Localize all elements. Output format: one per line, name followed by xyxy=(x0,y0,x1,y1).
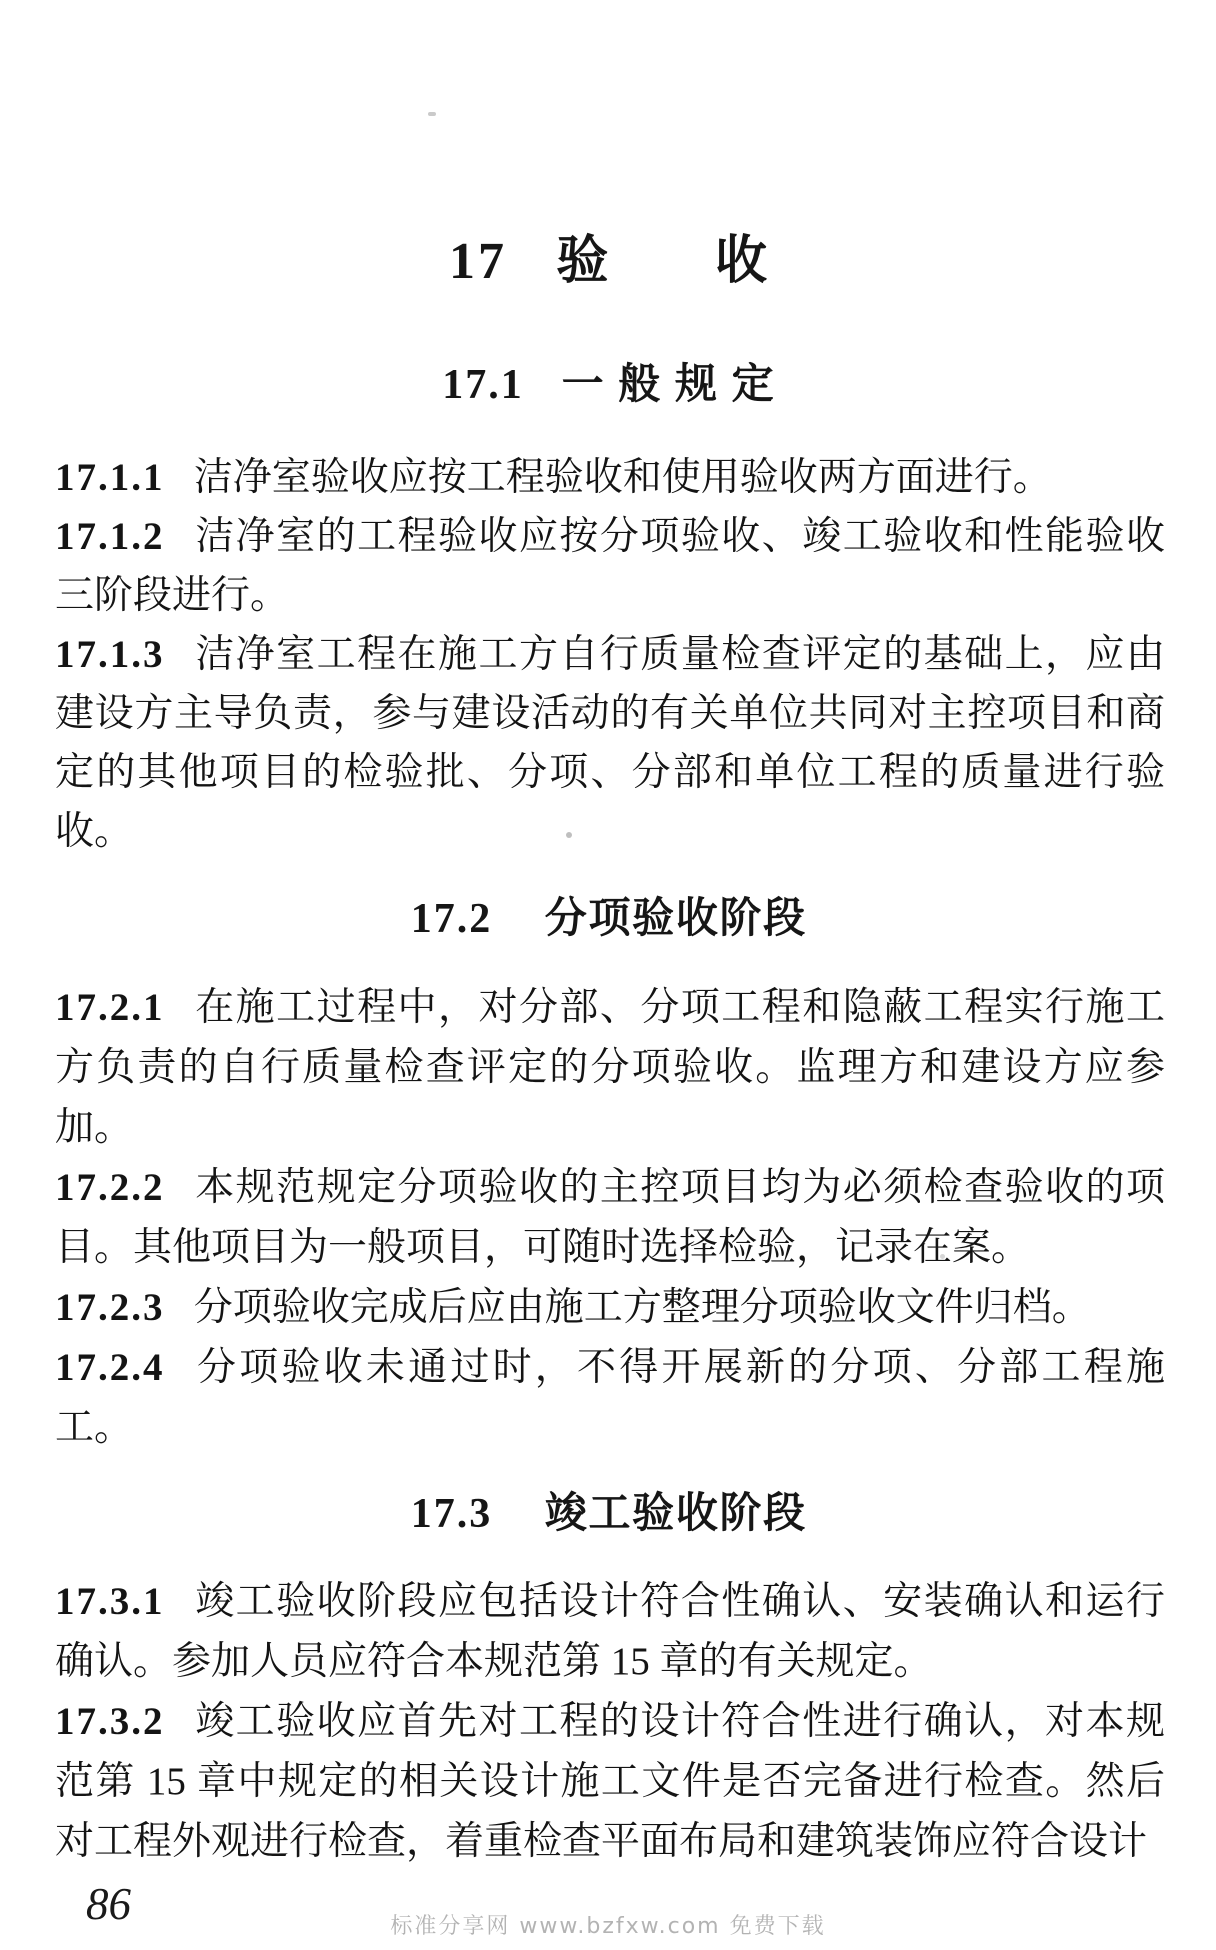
section-17-1-clauses: 17.1.1洁净室验收应按工程验收和使用验收两方面进行。 17.1.2洁净室的工… xyxy=(55,448,1165,861)
clause-text: 竣工验收阶段应包括设计符合性确认、安装确认和运行确认。参加人员应符合本规范第 1… xyxy=(55,1580,1165,1683)
clause-17-1-1: 17.1.1洁净室验收应按工程验收和使用验收两方面进行。 xyxy=(55,448,1165,507)
clause-number: 17.1.2 xyxy=(55,515,165,558)
section-heading-17-1: 17.1一般规定 xyxy=(53,360,1163,409)
document-page: 17验收 17.1一般规定 17.1.1洁净室验收应按工程验收和使用验收两方面进… xyxy=(0,0,1216,1950)
chapter-title: 验收 xyxy=(556,233,873,290)
clause-text: 分项验收完成后应由施工方整理分项验收文件归档。 xyxy=(194,1286,1091,1329)
clause-17-2-2: 17.2.2本规范规定分项验收的主控项目均为必须检查验收的项目。其他项目为一般项… xyxy=(55,1158,1165,1278)
section-title: 一般规定 xyxy=(562,359,789,408)
clause-number: 17.3.1 xyxy=(55,1580,165,1623)
clause-17-2-4: 17.2.4分项验收未通过时，不得开展新的分项、分部工程施工。 xyxy=(55,1338,1165,1458)
clause-17-2-3: 17.2.3分项验收完成后应由施工方整理分项验收文件归档。 xyxy=(55,1278,1165,1338)
section-17-3-clauses: 17.3.1竣工验收阶段应包括设计符合性确认、安装确认和运行确认。参加人员应符合… xyxy=(55,1572,1165,1872)
clause-number: 17.1.1 xyxy=(55,456,165,499)
section-heading-17-3: 17.3竣工验收阶段 xyxy=(53,1489,1163,1538)
chapter-number: 17 xyxy=(449,233,507,290)
clause-17-2-1: 17.2.1在施工过程中，对分部、分项工程和隐蔽工程实行施工方负责的自行质量检查… xyxy=(55,978,1165,1158)
clause-17-1-3: 17.1.3洁净室工程在施工方自行质量检查评定的基础上，应由建设方主导负责，参与… xyxy=(55,625,1165,861)
section-17-2-clauses: 17.2.1在施工过程中，对分部、分项工程和隐蔽工程实行施工方负责的自行质量检查… xyxy=(55,978,1165,1458)
clause-number: 17.2.2 xyxy=(55,1166,165,1209)
clause-17-1-2: 17.1.2洁净室的工程验收应按分项验收、竣工验收和性能验收三阶段进行。 xyxy=(55,507,1165,625)
clause-number: 17.2.1 xyxy=(55,986,165,1029)
watermark-text: 标准分享网 www.bzfxw.com 免费下载 xyxy=(0,1914,1216,1940)
clause-number: 17.3.2 xyxy=(55,1700,165,1743)
chapter-heading: 17验收 xyxy=(53,232,1163,292)
clause-text: 分项验收未通过时，不得开展新的分项、分部工程施工。 xyxy=(55,1346,1165,1449)
section-title: 分项验收阶段 xyxy=(545,893,807,942)
clause-number: 17.1.3 xyxy=(55,633,165,676)
clause-number: 17.2.4 xyxy=(55,1346,165,1389)
clause-text: 洁净室的工程验收应按分项验收、竣工验收和性能验收三阶段进行。 xyxy=(55,515,1165,617)
clause-text: 洁净室工程在施工方自行质量检查评定的基础上，应由建设方主导负责，参与建设活动的有… xyxy=(55,633,1165,853)
clause-text: 竣工验收应首先对工程的设计符合性进行确认，对本规范第 15 章中规定的相关设计施… xyxy=(55,1700,1165,1863)
clause-number: 17.2.3 xyxy=(55,1286,165,1329)
clause-17-3-2: 17.3.2竣工验收应首先对工程的设计符合性进行确认，对本规范第 15 章中规定… xyxy=(55,1692,1165,1872)
clause-text: 洁净室验收应按工程验收和使用验收两方面进行。 xyxy=(194,456,1052,499)
clause-text: 在施工过程中，对分部、分项工程和隐蔽工程实行施工方负责的自行质量检查评定的分项验… xyxy=(55,986,1165,1149)
section-heading-17-2: 17.2分项验收阶段 xyxy=(53,894,1163,943)
section-number: 17.1 xyxy=(442,362,524,408)
section-number: 17.2 xyxy=(411,896,493,942)
scan-artifact xyxy=(428,112,436,116)
section-number: 17.3 xyxy=(411,1491,493,1537)
clause-text: 本规范规定分项验收的主控项目均为必须检查验收的项目。其他项目为一般项目，可随时选… xyxy=(55,1166,1165,1269)
clause-17-3-1: 17.3.1竣工验收阶段应包括设计符合性确认、安装确认和运行确认。参加人员应符合… xyxy=(55,1572,1165,1692)
section-title: 竣工验收阶段 xyxy=(545,1488,807,1537)
